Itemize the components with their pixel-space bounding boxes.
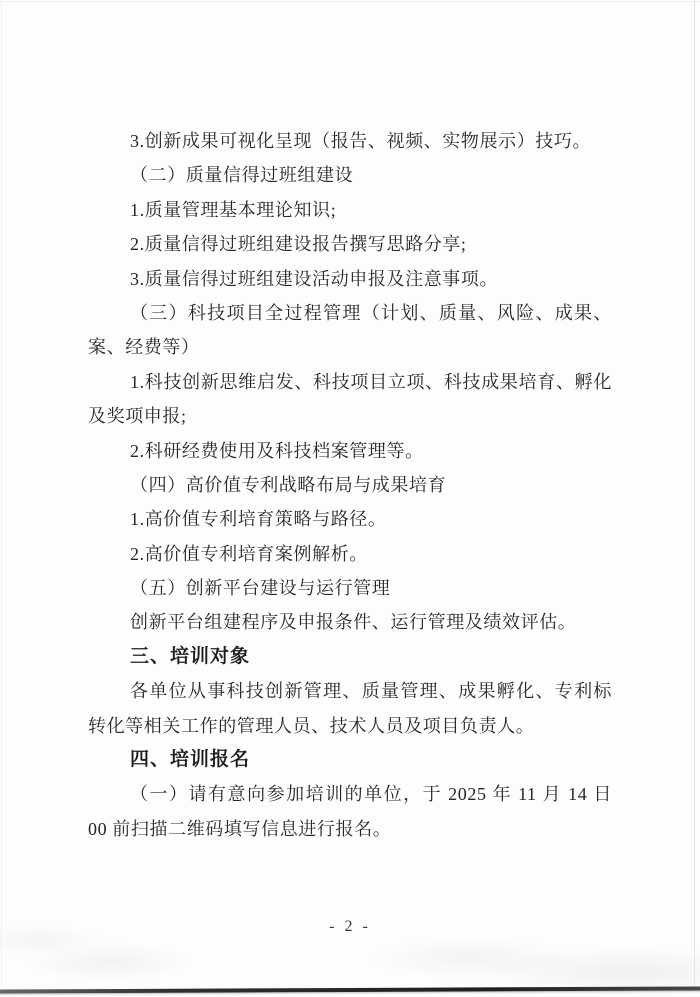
text-line: 2.高价值专利培育案例解析。 [88,537,612,571]
text-line: 3.创新成果可视化呈现（报告、视频、实物展示）技巧。 [88,124,612,158]
text-line: 转化等相关工作的管理人员、技术人员及项目负责人。 [88,709,612,743]
document-body: 3.创新成果可视化呈现（报告、视频、实物展示）技巧。（二）质量信得过班组建设1.… [88,124,612,846]
scanned-page: 3.创新成果可视化呈现（报告、视频、实物展示）技巧。（二）质量信得过班组建设1.… [0,0,700,997]
text-line: 00 前扫描二维码填写信息进行报名。 [88,812,612,846]
page-number: - 2 - [0,918,700,936]
text-line: 1.高价值专利培育策略与路径。 [88,502,612,536]
text-line: 各单位从事科技创新管理、质量管理、成果孵化、专利标准 [88,674,612,708]
text-line: （一）请有意向参加培训的单位，于 2025 年 11 月 14 日 17: [88,777,612,811]
text-line: （三）科技项目全过程管理（计划、质量、风险、成果、档 [88,296,612,330]
page-bottom-edge [0,986,700,993]
text-line: 及奖项申报; [88,399,612,433]
text-line: 2.科研经费使用及科技档案管理等。 [88,434,612,468]
text-line: 案、经费等） [88,330,612,364]
text-line: 创新平台组建程序及申报条件、运行管理及绩效评估。 [88,605,612,639]
text-line: （五）创新平台建设与运行管理 [88,571,612,605]
text-line: 1.质量管理基本理论知识; [88,193,612,227]
text-line: （二）质量信得过班组建设 [88,158,612,192]
page-right-edge [694,0,695,985]
page-left-edge [1,0,2,985]
page-top-edge [0,1,700,2]
text-line: 1.科技创新思维启发、科技项目立项、科技成果培育、孵化 [88,365,612,399]
section-heading: 三、培训对象 [88,640,612,674]
section-heading: 四、培训报名 [88,743,612,777]
text-line: 2.质量信得过班组建设报告撰写思路分享; [88,227,612,261]
text-line: （四）高价值专利战略布局与成果培育 [88,468,612,502]
text-line: 3.质量信得过班组建设活动申报及注意事项。 [88,262,612,296]
